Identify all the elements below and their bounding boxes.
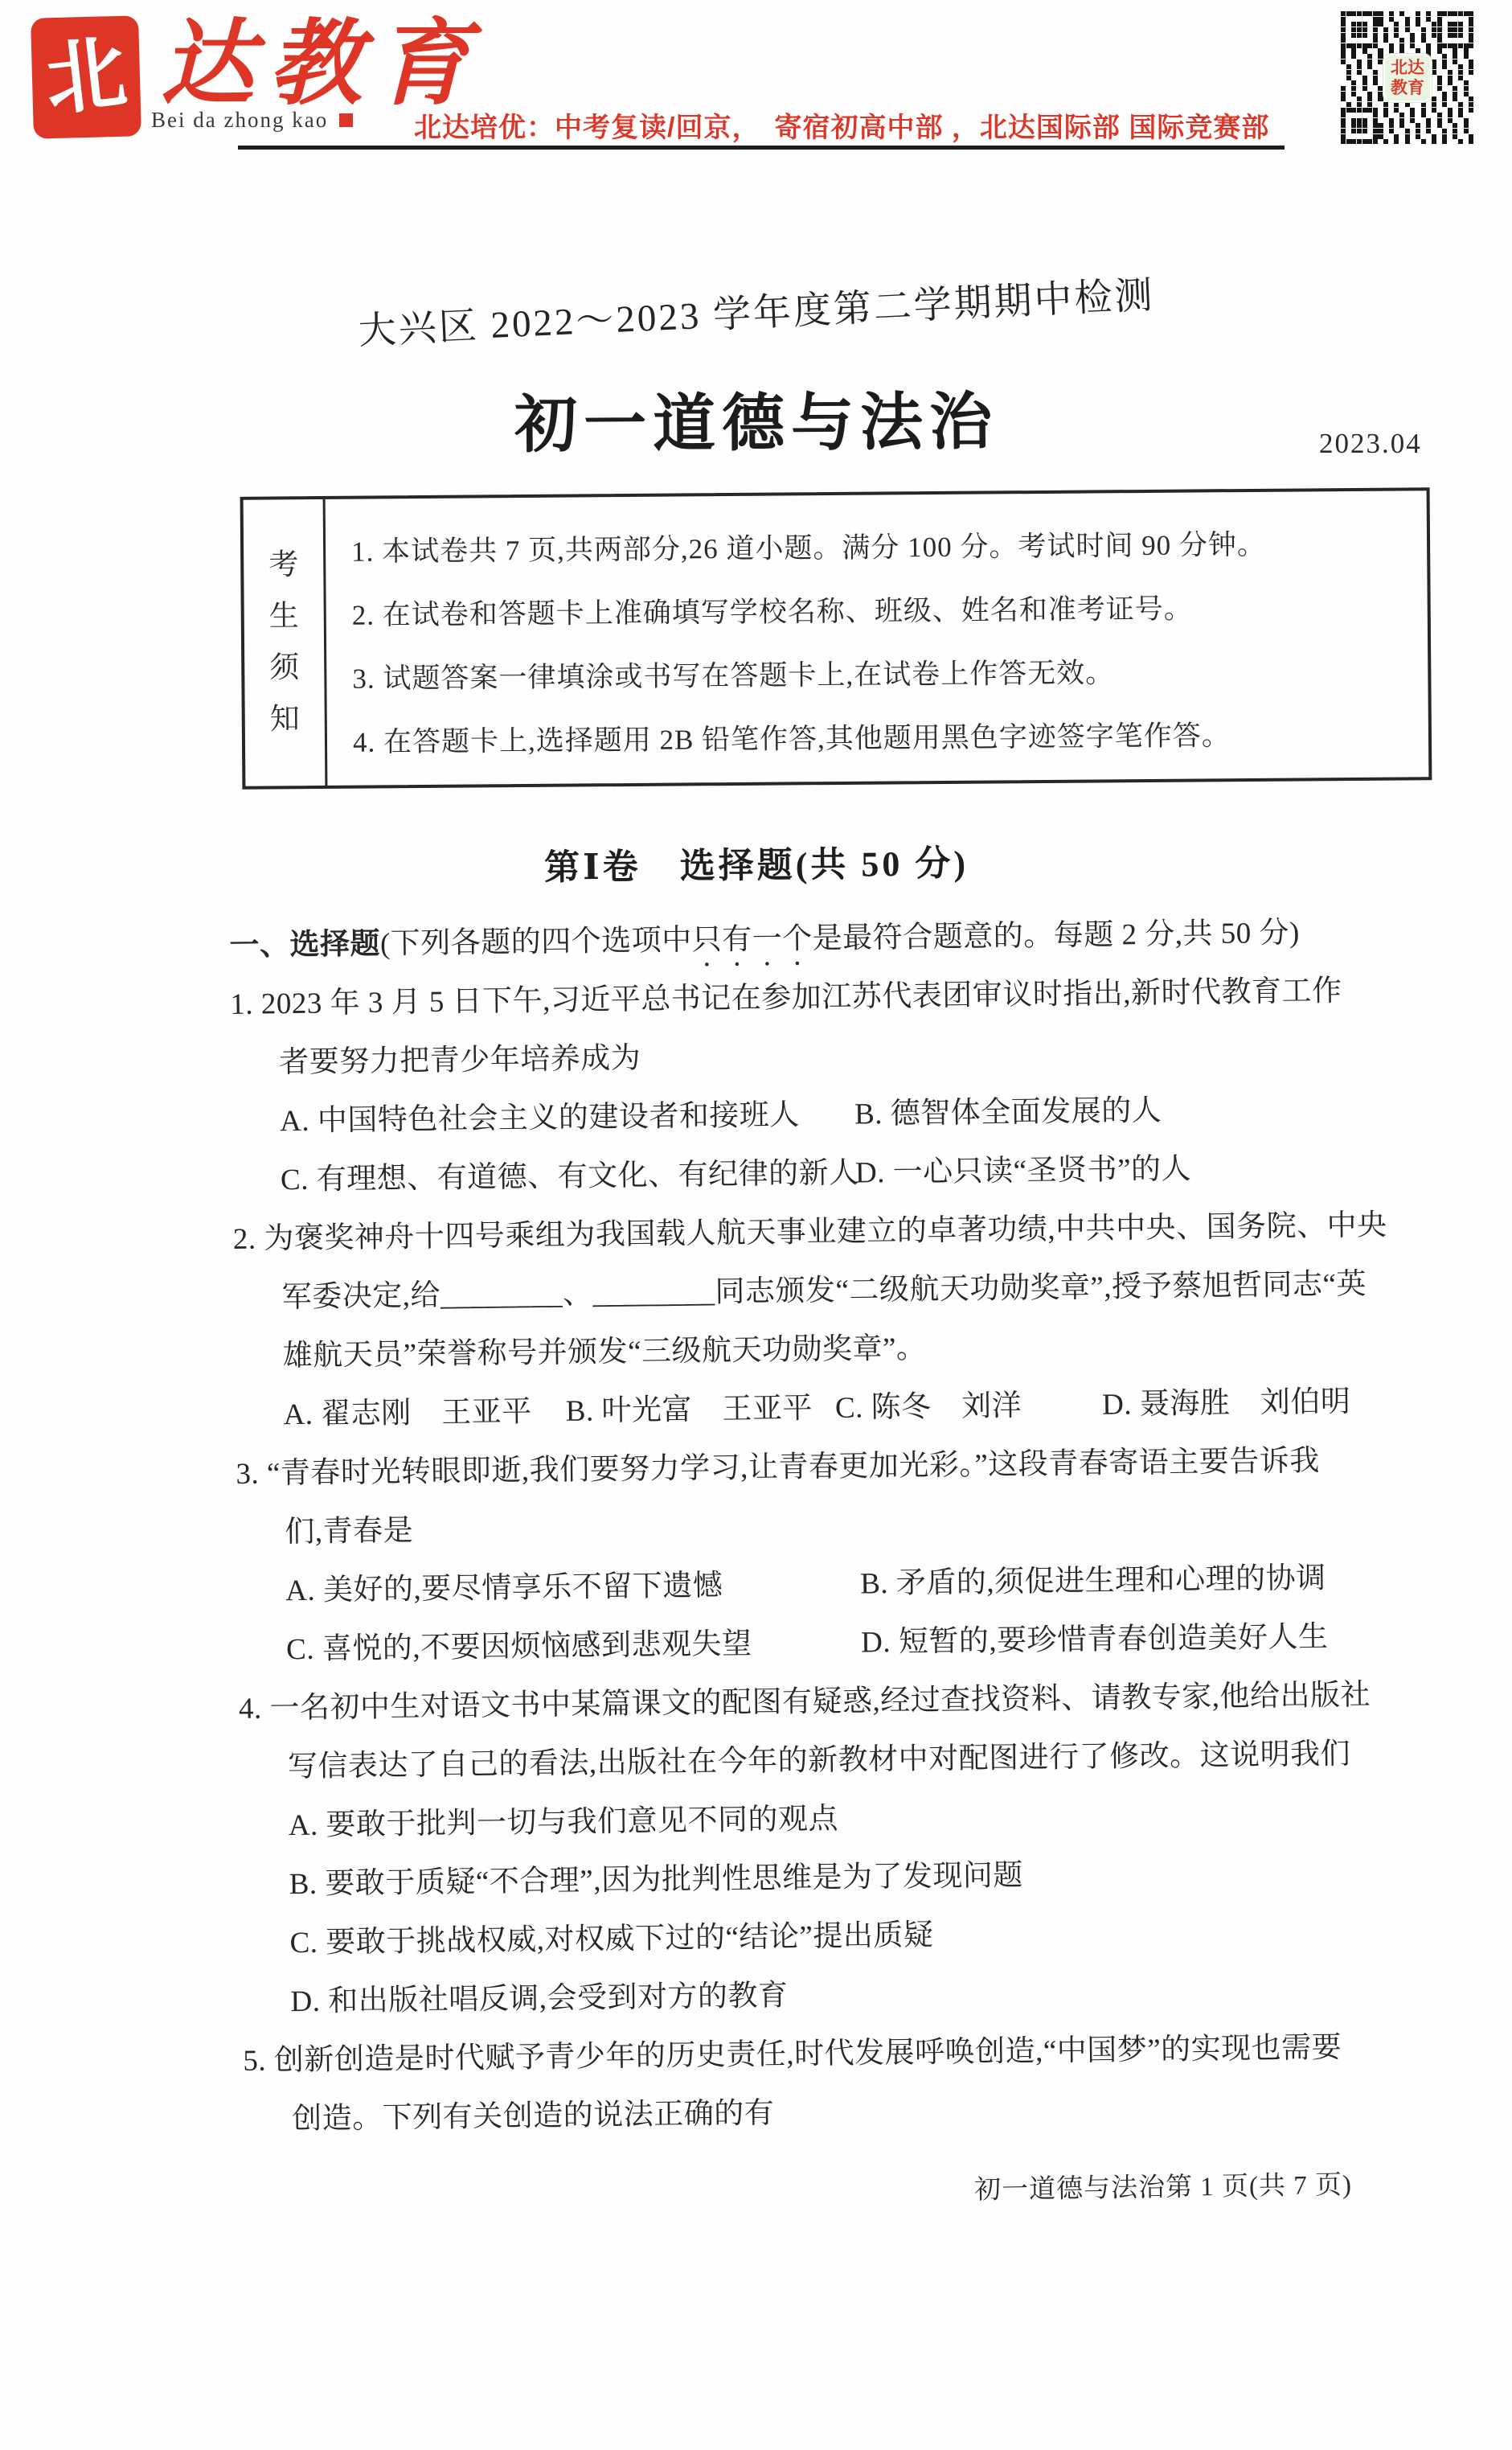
question-1: 1. 2023 年 3 月 5 日下午,习近平总书记在参加江苏代表团审议时指出,… xyxy=(230,961,1438,1210)
header-divider xyxy=(238,146,1285,150)
brand-romanized-text: Bei da zhong kao xyxy=(151,108,328,132)
questions-area: 一、选择题(下列各题的四个选项中只有一个是最符合题意的。每题 2 分,共 50 … xyxy=(229,902,1450,2149)
qr-center-label: 北达教育 xyxy=(1389,58,1426,98)
page-footer: 初一道德与法治第 1 页(共 7 页) xyxy=(974,2164,1353,2207)
section-instruction-text-2: 是最符合题意的。每题 2 分,共 50 分) xyxy=(812,917,1300,955)
exam-page: 北 达教育 Bei da zhong kao 北达培优：中考复读/回京， 寄宿初… xyxy=(0,0,1512,2450)
exam-date: 2023.04 xyxy=(1319,428,1422,460)
qr-center-logo: 北达教育 xyxy=(1383,54,1432,102)
option-c: C. 陈冬 刘洋 xyxy=(835,1389,1022,1425)
brand-seal-logo: 北 xyxy=(35,19,137,134)
question-2: 2. 为褒奖神舟十四号乘组为我国载人航天事业建立的卓著功绩,中共中央、国务院、中… xyxy=(232,1196,1440,1445)
notice-side-label: 考生须知 xyxy=(244,499,328,786)
question-4: 4. 一名初中生对语文书中某篇课文的配图有疑惑,经过查找资料、请教专家,他给出版… xyxy=(239,1665,1448,2032)
option-a: A. 美好的,要尽情享乐不留下遗憾 xyxy=(285,1554,861,1620)
question-3: 3. “青春时光转眼即逝,我们要努力学习,让青春更加光彩。”这段青春寄语主要告诉… xyxy=(236,1430,1444,1680)
section-instruction-label: 一、选择题 xyxy=(229,928,380,962)
option-d: D. 聂海胜 刘伯明 xyxy=(1102,1385,1351,1422)
option-b: B. 叶光富 王亚平 xyxy=(566,1392,813,1428)
exam-subject-title: 初一道德与法治 xyxy=(514,371,998,465)
option-b: B. 矛盾的,须促进生理和心理的协调 xyxy=(860,1562,1326,1600)
header-tagline: 北达培优：中考复读/回京， 寄宿初高中部 ，北达国际部 国际竞赛部 xyxy=(414,105,1269,145)
question-5: 5. 创新创造是时代赋予青少年的历史责任,时代发展呼唤创造,“中国梦”的实现也需… xyxy=(243,2017,1450,2149)
option-d: D. 短暂的,要珍惜青春创造美好人生 xyxy=(861,1620,1329,1659)
notice-item-1: 1. 本试卷共 7 页,共两部分,26 道小题。满分 100 分。考试时间 90… xyxy=(351,511,1428,584)
seal-character: 北 xyxy=(42,33,131,122)
qr-code: 北达教育 xyxy=(1341,11,1474,145)
red-square-icon xyxy=(339,113,353,127)
candidate-notice-box: 考生须知 1. 本试卷共 7 页,共两部分,26 道小题。满分 100 分。考试… xyxy=(240,487,1432,790)
notice-item-3: 3. 试题答案一律填涂或书写在答题卡上,在试卷上作答无效。 xyxy=(352,638,1428,711)
option-d: D. 一心只读“圣贤书”的人 xyxy=(855,1152,1192,1189)
notice-items: 1. 本试卷共 7 页,共两部分,26 道小题。满分 100 分。考试时间 90… xyxy=(326,490,1429,786)
notice-item-4: 4. 在答题卡上,选择题用 2B 铅笔作答,其他题用黑色字迹签字笔作答。 xyxy=(353,702,1429,774)
option-c: C. 喜悦的,不要因烦恼感到悲观失望 xyxy=(286,1613,862,1679)
notice-item-2: 2. 在试卷和答题卡上准确填写学校名称、班级、姓名和准考证号。 xyxy=(351,575,1428,647)
option-c: C. 有理想、有道德、有文化、有纪律的新人 xyxy=(281,1144,856,1210)
notice-side-label-text: 考生须知 xyxy=(268,540,301,745)
section-heading: 第Ⅰ卷 选择题(共 50 分) xyxy=(543,834,969,890)
option-b: B. 德智体全面发展的人 xyxy=(854,1094,1162,1131)
section-instruction-emphasis: 只有一个 xyxy=(691,922,812,957)
option-a: A. 翟志刚 王亚平 xyxy=(283,1395,532,1431)
option-a: A. 中国特色社会主义的建设者和接班人 xyxy=(280,1085,855,1151)
exam-session-title: 大兴区 2022～2023 学年度第二学期期中检测 xyxy=(357,265,1156,355)
section-instruction-text: (下列各题的四个选项中 xyxy=(380,924,692,961)
brand-romanized: Bei da zhong kao xyxy=(151,108,353,133)
